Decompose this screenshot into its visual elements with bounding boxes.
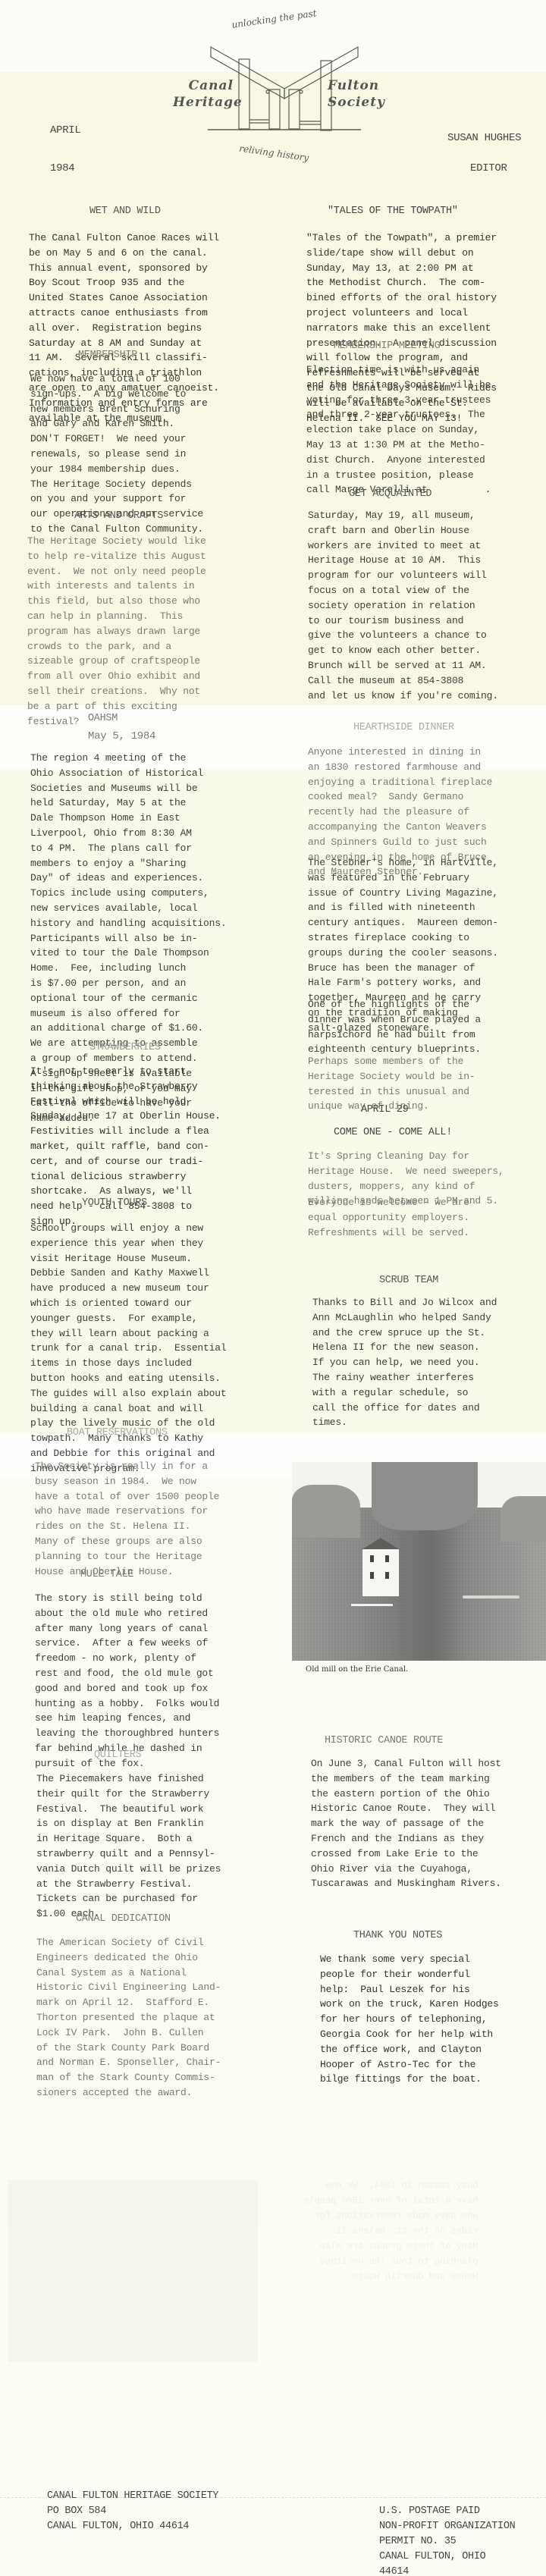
article-title: THANK YOU NOTES — [353, 1929, 442, 1943]
article-title: YOUTH TOURS — [82, 1197, 147, 1210]
article-title: WET AND WILD — [89, 205, 161, 218]
postage-indicia: U.S. POSTAGE PAID NON-PROFIT ORGANIZATIO… — [379, 2504, 515, 2576]
article-title: "TALES OF THE TOWPATH" — [328, 205, 458, 218]
old-mill-photo — [292, 1462, 546, 1661]
article-body: Everyone is welcome - we are equal oppor… — [308, 1195, 469, 1240]
article-title: GET ACQUAINTED — [349, 488, 431, 501]
article-body: Thanks to Bill and Jo Wilcox and Ann McL… — [312, 1295, 497, 1430]
article-subtitle: COME ONE - COME ALL! — [334, 1126, 452, 1140]
article-title: ARTS AND CRAFTS — [74, 510, 163, 523]
mill-window — [385, 1572, 389, 1579]
article-body: One of the highlights of the dinner was … — [308, 997, 481, 1057]
article-date: May 5, 1984 — [88, 730, 155, 743]
article-body: Election time is with us again and the H… — [306, 362, 491, 497]
article-body: The American Society of Civil Engineers … — [36, 1935, 221, 2101]
article-title: SCRUB TEAM — [379, 1274, 438, 1288]
article-body: On June 3, Canal Fulton will host the me… — [311, 1756, 501, 1891]
masthead-name-right: Fulton Society — [328, 77, 403, 111]
masthead-name-left: Canal Heritage — [173, 77, 234, 111]
article-body: The story is still being told about the … — [35, 1591, 219, 1771]
article-title: MULE TALE — [80, 1568, 133, 1582]
mill-building — [362, 1549, 399, 1596]
article-title: MEMBERSHIP MEETING — [334, 340, 440, 353]
issue-month: APRIL — [50, 124, 81, 137]
mill-window — [370, 1555, 374, 1562]
article-title: BOAT RESERVATIONS — [67, 1426, 168, 1440]
article-body: The Society is really in for a busy seas… — [35, 1459, 219, 1579]
article-body: The Heritage Society would like to help … — [27, 534, 206, 729]
editor-name: SUSAN HUGHES — [447, 131, 521, 145]
mill-roof — [361, 1538, 400, 1550]
article-title: OAHSM — [88, 712, 118, 726]
photo-trees — [500, 1496, 546, 1542]
article-body: The Piecemakers have finished their quil… — [36, 1771, 221, 1922]
article-title: QUILTERS — [94, 1749, 141, 1762]
mill-window — [385, 1555, 389, 1562]
mill-window — [370, 1572, 374, 1579]
article-body: We thank some very special people for th… — [320, 1952, 499, 2087]
bleed-through-text: busy season in 1984. We now have a total… — [303, 2178, 478, 2284]
photo-caption: Old mill on the Erie Canal. — [306, 1665, 408, 1674]
article-title: HISTORIC CANOE ROUTE — [325, 1734, 443, 1748]
article-title: APRIL 29 — [361, 1103, 408, 1117]
return-address: CANAL FULTON HERITAGE SOCIETY PO BOX 584… — [47, 2489, 218, 2534]
issue-year: 1984 — [50, 162, 74, 175]
water-glint — [463, 1595, 519, 1599]
article-title: STRAWBERRIES — [89, 1041, 161, 1055]
article-title: MEMBERSHIP — [78, 349, 137, 362]
article-title: CANAL DEDICATION — [76, 1912, 171, 1926]
photo-trees — [292, 1485, 360, 1538]
editor-title: EDITOR — [470, 162, 507, 175]
article-title: HEARTHSIDE DINNER — [353, 721, 454, 735]
mill-foundation — [351, 1604, 393, 1606]
article-body: Saturday, May 19, all museum, craft barn… — [308, 508, 498, 703]
bleed-through-photo — [8, 2180, 258, 2362]
photo-trees — [372, 1462, 478, 1530]
